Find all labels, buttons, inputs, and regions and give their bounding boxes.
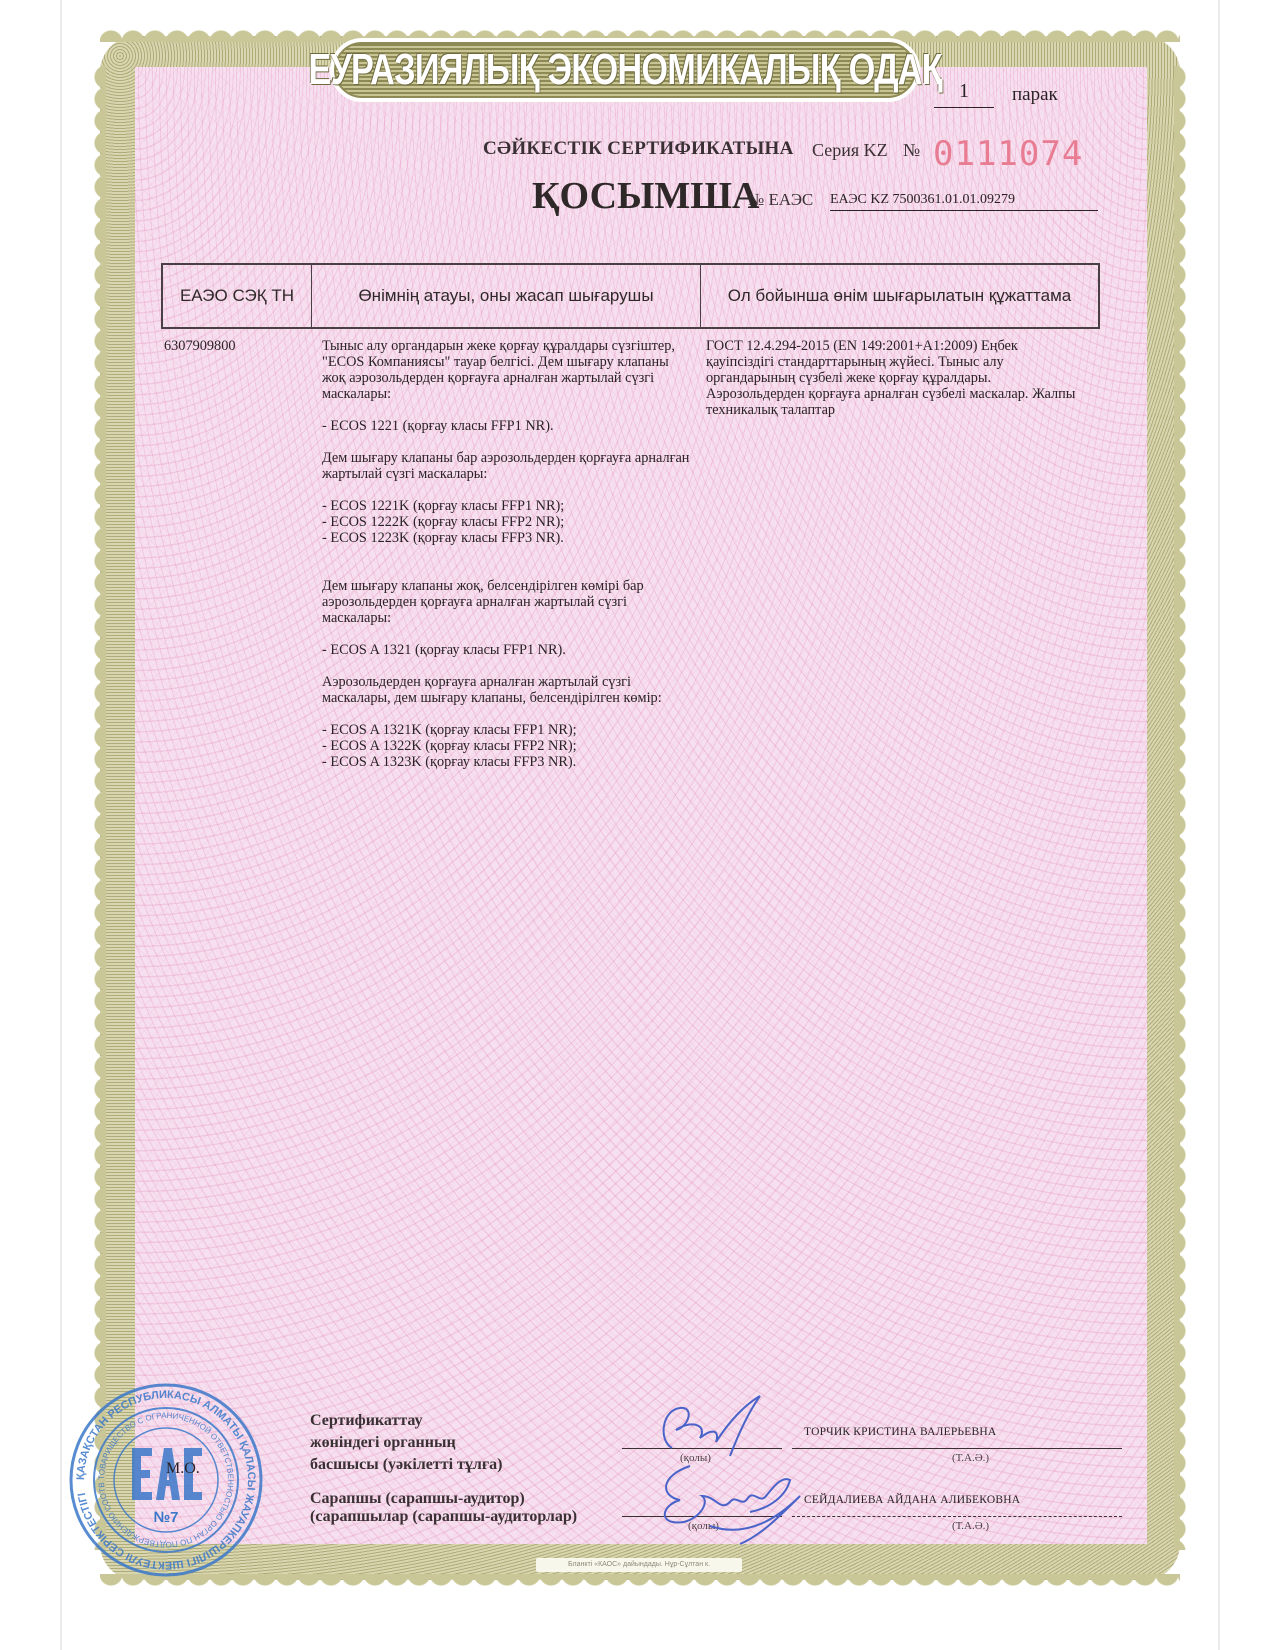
banner-plate: ЕУРАЗИЯЛЫҚ ЭКОНОМИКАЛЫҚ ОДАҚ — [334, 42, 916, 98]
expert-name-caption: (Т.А.Ә.) — [952, 1520, 989, 1532]
number-sign: № — [903, 140, 920, 161]
list-item: - ECOS 1221 (қорғау класы FFP1 NR). — [322, 418, 694, 434]
scan-edge-left — [60, 0, 62, 1650]
head-label-line: Сертификаттау — [310, 1410, 502, 1432]
annex-number-label: № ЕАЭС — [748, 190, 813, 210]
column-header-product: Өнімнің атауы, оны жасап шығарушы — [312, 265, 701, 327]
column-header-document: Ол бойынша өнім шығарылатын құжаттама — [701, 265, 1098, 327]
seal-place-label: М.О. — [166, 1460, 200, 1478]
group3-list: - ECOS A 1321 (қорғау класы FFP1 NR). — [322, 642, 694, 658]
group4-title: Аэрозольдерден қорғауға арналған жартыла… — [322, 674, 694, 706]
head-name: ТОРЧИК КРИСТИНА ВАЛЕРЬЕВНА — [804, 1426, 996, 1438]
frame-scallop-right — [1174, 66, 1188, 1550]
group2-list: - ECOS 1221K (қорғау класы FFP1 NR); - E… — [322, 498, 694, 546]
eac-stamp-icon: ҚАЗАҚСТАН РЕСПУБЛИКАСЫ АЛМАТЫ ҚАЛАСЫ ЖАУ… — [66, 1380, 266, 1580]
annex-number: ЕАЭС KZ 7500361.01.01.09279 — [830, 192, 1098, 211]
product-intro: Тыныс алу органдарын жеке қорғау құралда… — [322, 338, 694, 402]
list-item: - ECOS A 1321K (қорғау класы FFP1 NR); — [322, 722, 694, 738]
head-signature-icon — [650, 1390, 780, 1460]
certificate-title: СӘЙКЕСТІК СЕРТИФИКАТЫНА — [483, 138, 794, 160]
head-label-line: басшысы (уәкілетті тұлға) — [310, 1454, 502, 1476]
table-header: ЕАЭО СЭҚ ТН Өнімнің атауы, оны жасап шығ… — [161, 263, 1100, 329]
sheet-label: парак — [1012, 84, 1058, 106]
list-item: - ECOS 1221K (қорғау класы FFP1 NR); — [322, 498, 694, 514]
list-item: - ECOS A 1322K (қорғау класы FFP2 NR); — [322, 738, 694, 754]
expert-signature-icon — [650, 1456, 830, 1546]
list-item: - ECOS A 1323K (қорғау класы FFP3 NR). — [322, 754, 694, 770]
group2-title: Дем шығару клапаны бар аэрозольдерден қо… — [322, 450, 694, 482]
head-name-caption: (Т.А.Ә.) — [952, 1452, 989, 1464]
expert-name-line — [792, 1516, 1122, 1517]
printer-note: Бланкті «КАОС» дайындады. Нұр-Сұлтан к. — [536, 1558, 742, 1572]
expert-label-line: Сарапшы (сарапшы-аудитор) — [310, 1490, 577, 1508]
group1-list: - ECOS 1221 (қорғау класы FFP1 NR). — [322, 418, 694, 434]
series-label: Серия KZ — [812, 140, 888, 161]
annex-title: ҚОСЫМША — [532, 174, 759, 218]
sheet-number: 1 — [934, 80, 994, 108]
list-item: - ECOS 1223K (қорғау класы FFP3 NR). — [322, 530, 694, 546]
list-item: - ECOS A 1321 (қорғау класы FFP1 NR). — [322, 642, 694, 658]
frame-scallop-left — [92, 66, 106, 1550]
scan-edge-right — [1218, 0, 1220, 1650]
expert-label-line: (сарапшылар (сарапшы-аудиторлар) — [310, 1508, 577, 1526]
expert-label: Сарапшы (сарапшы-аудитор) (сарапшылар (с… — [310, 1490, 577, 1526]
tn-ved-code: 6307909800 — [164, 338, 235, 354]
head-name-line — [792, 1448, 1122, 1449]
column-header-code: ЕАЭО СЭҚ ТН — [163, 265, 312, 327]
regulatory-document: ГОСТ 12.4.294-2015 (EN 149:2001+A1:2009)… — [706, 338, 1076, 434]
serial-number: 0111074 — [933, 134, 1083, 174]
expert-name: СЕЙДАЛИЕВА АЙДАНА АЛИБЕКОВНА — [804, 1494, 1020, 1506]
head-of-body-label: Сертификаттау жөніндегі органның басшысы… — [310, 1410, 502, 1476]
product-description: Тыныс алу органдарын жеке қорғау құралда… — [322, 338, 694, 786]
group4-list: - ECOS A 1321K (қорғау класы FFP1 NR); -… — [322, 722, 694, 770]
head-label-line: жөніндегі органның — [310, 1432, 502, 1454]
stamp-number: №7 — [153, 1509, 178, 1526]
union-banner: ЕУРАЗИЯЛЫҚ ЭКОНОМИКАЛЫҚ ОДАҚ — [330, 38, 920, 102]
standard-reference: ГОСТ 12.4.294-2015 (EN 149:2001+A1:2009)… — [706, 338, 1076, 418]
list-item: - ECOS 1222K (қорғау класы FFP2 NR); — [322, 514, 694, 530]
union-banner-text: ЕУРАЗИЯЛЫҚ ЭКОНОМИКАЛЫҚ ОДАҚ — [308, 45, 942, 95]
group3-title: Дем шығару клапаны жоқ, белсендірілген к… — [322, 578, 694, 626]
